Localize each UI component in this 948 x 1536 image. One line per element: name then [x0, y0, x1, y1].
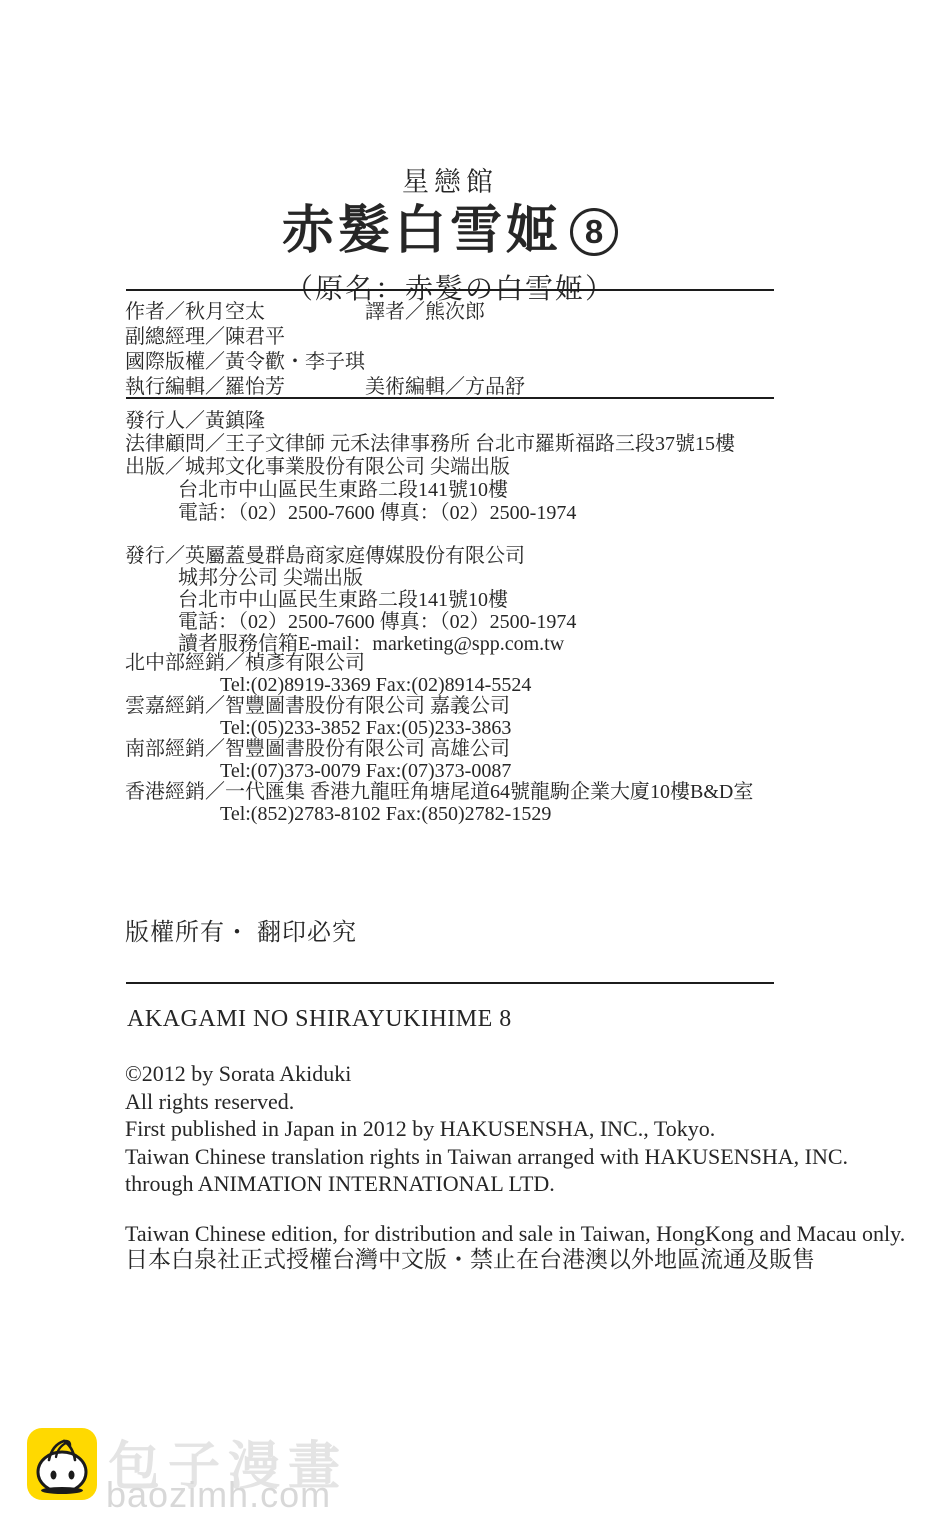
distributor-name: 雲嘉經銷／智豐圖書股份有限公司 嘉義公司 [125, 696, 753, 718]
distributor-tel: Tel:(05)233-3852 Fax:(05)233-3863 [125, 718, 753, 740]
rights-notice: 版權所有・ 翻印必究 [125, 912, 357, 947]
imprint-label: 星戀館 [0, 160, 900, 199]
book-title-text: 赤髮白雪姬 [282, 202, 562, 260]
distributor-tel: Tel:(07)373-0079 Fax:(07)373-0087 [125, 761, 753, 783]
romanized-title: AKAGAMI NO SHIRAYUKIHIME 8 [127, 1006, 512, 1033]
divider-top [126, 289, 774, 291]
book-title: 赤髮白雪姬8 [0, 203, 900, 261]
divider-credits [126, 397, 774, 399]
publisher-block: 發行人／黃鎮隆 法律顧問／王子文律師 元禾法律事務所 台北市羅斯福路三段37號1… [125, 410, 735, 525]
intl-rights-credit: 國際版權／黃令歡・李子琪 [125, 350, 525, 375]
distributor-name: 南部經銷／智豐圖書股份有限公司 高雄公司 [125, 739, 753, 761]
deputy-gm-credit: 副總經理／陳君平 [125, 325, 525, 350]
rights-reserved: All rights reserved. [125, 1088, 848, 1116]
issuing-branch: 城邦分公司 尖端出版 [125, 567, 576, 589]
issuer-line: 發行人／黃鎮隆 [125, 410, 735, 433]
translator-credit: 譯者／熊次郎 [365, 301, 485, 323]
author-credit: 作者／秋月空太 [125, 300, 365, 325]
first-published: First published in Japan in 2012 by HAKU… [125, 1115, 848, 1143]
legal-line: 法律顧問／王子文律師 元禾法律事務所 台北市羅斯福路三段37號15樓 [125, 433, 735, 456]
issuing-address: 台北市中山區民生東路二段141號10樓 [125, 589, 576, 611]
publish-line: 出版／城邦文化事業股份有限公司 尖端出版 [125, 456, 735, 479]
volume-badge: 8 [570, 208, 618, 256]
watermark-site-url: baozimh.com [106, 1474, 331, 1516]
distributor-tel: Tel:(852)2783-8102 Fax:(850)2782-1529 [125, 804, 753, 826]
baozi-logo-icon [27, 1428, 97, 1500]
publisher-address: 台北市中山區民生東路二段141號10樓 [125, 479, 735, 502]
distributor-name: 香港經銷／一代匯集 香港九龍旺角塘尾道64號龍駒企業大廈10樓B&D室 [125, 782, 753, 804]
through-agency: through ANIMATION INTERNATIONAL LTD. [125, 1170, 848, 1198]
translation-rights: Taiwan Chinese translation rights in Tai… [125, 1143, 848, 1171]
distributors-block: 北中部經銷／楨彥有限公司 Tel:(02)8919-3369 Fax:(02)8… [125, 653, 753, 825]
distributor-tel: Tel:(02)8919-3369 Fax:(02)8914-5524 [125, 675, 753, 697]
divider-bottom [126, 982, 774, 984]
colophon-page: 星戀館 赤髮白雪姬8 （原名：赤髮の白雪姬） 作者／秋月空太譯者／熊次郎 副總經… [0, 0, 948, 1536]
publisher-phone: 電話：（02）2500-7600 傳真：（02）2500-1974 [125, 502, 735, 525]
title-block: 星戀館 赤髮白雪姬8 （原名：赤髮の白雪姬） [0, 160, 900, 307]
region-notice-en: Taiwan Chinese edition, for distribution… [125, 1221, 905, 1247]
copyright-block: ©2012 by Sorata Akiduki All rights reser… [125, 1060, 848, 1198]
issuing-phone: 電話：（02）2500-7600 傳真：（02）2500-1974 [125, 611, 576, 633]
issuing-block: 發行／英屬蓋曼群島商家庭傳媒股份有限公司 城邦分公司 尖端出版 台北市中山區民生… [125, 545, 576, 655]
region-notice-block: Taiwan Chinese edition, for distribution… [125, 1221, 905, 1273]
credit-line: 作者／秋月空太譯者／熊次郎 [125, 300, 525, 325]
art-editor-credit: 美術編輯／方品舒 [365, 376, 525, 398]
issuing-company: 發行／英屬蓋曼群島商家庭傳媒股份有限公司 [125, 545, 576, 567]
region-notice-zh: 日本白泉社正式授權台灣中文版・禁止在台港澳以外地區流通及販售 [125, 1247, 905, 1273]
copyright-year: ©2012 by Sorata Akiduki [125, 1060, 848, 1088]
distributor-name: 北中部經銷／楨彥有限公司 [125, 653, 753, 675]
credits-block: 作者／秋月空太譯者／熊次郎 副總經理／陳君平 國際版權／黃令歡・李子琪 執行編輯… [125, 300, 525, 400]
